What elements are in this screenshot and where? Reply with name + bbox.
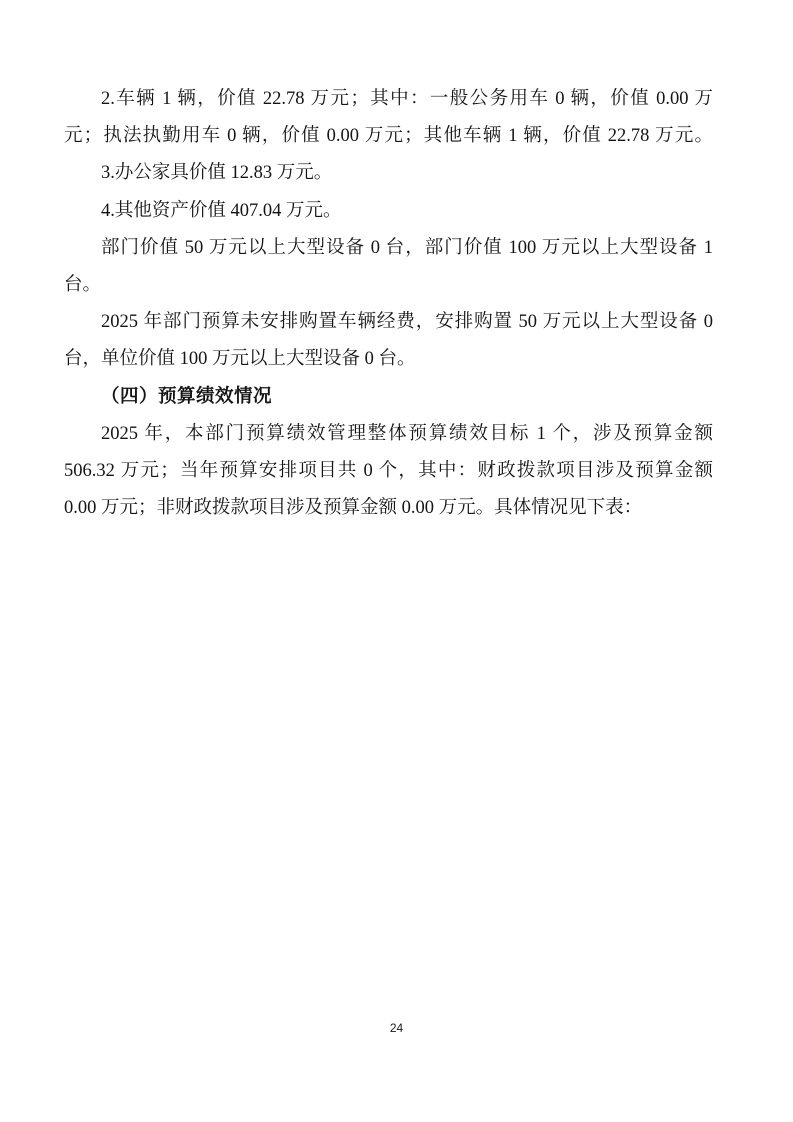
section-heading: （四）预算绩效情况 [64,379,713,416]
page-number: 24 [0,1021,793,1035]
text-line: 台。 [64,267,713,304]
text-line: 4.其他资产价值 407.04 万元。 [64,193,713,230]
text-line: 2025 年部门预算未安排购置车辆经费，安排购置 50 万元以上大型设备 0 [64,304,713,341]
text-line: 台，单位价值 100 万元以上大型设备 0 台。 [64,341,713,378]
text-line: 2.车辆 1 辆，价值 22.78 万元；其中：一般公务用车 0 辆，价值 0.… [64,81,713,118]
text-line: 3.办公家具价值 12.83 万元。 [64,155,713,192]
text-line: 0.00 万元；非财政拨款项目涉及预算金额 0.00 万元。具体情况见下表： [64,490,713,527]
document-page: 2.车辆 1 辆，价值 22.78 万元；其中：一般公务用车 0 辆，价值 0.… [0,0,793,1122]
page-content: 2.车辆 1 辆，价值 22.78 万元；其中：一般公务用车 0 辆，价值 0.… [64,81,713,527]
text-line: 部门价值 50 万元以上大型设备 0 台，部门价值 100 万元以上大型设备 1 [64,230,713,267]
text-line: 元；执法执勤用车 0 辆，价值 0.00 万元；其他车辆 1 辆，价值 22.7… [64,118,713,155]
text-line: 506.32 万元；当年预算安排项目共 0 个，其中：财政拨款项目涉及预算金额 [64,453,713,490]
text-line: 2025 年，本部门预算绩效管理整体预算绩效目标 1 个，涉及预算金额 [64,416,713,453]
